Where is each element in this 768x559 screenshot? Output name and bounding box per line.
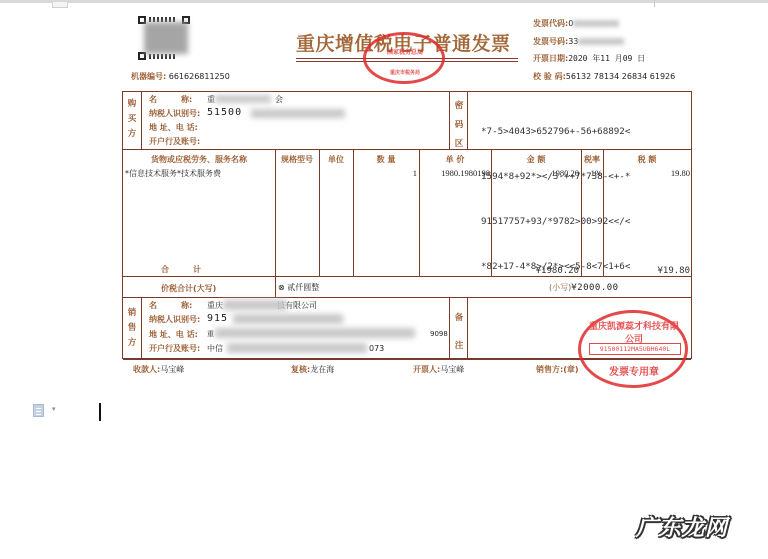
redaction (233, 314, 343, 324)
seller-taxid: 915 (207, 313, 228, 324)
col-tax: 税 额 (603, 154, 691, 165)
payee: 收款人:马宝峰 (133, 364, 184, 375)
total-amount: ¥1980.20 (491, 266, 579, 276)
grand-total-lower: (小写)¥2000.00 (549, 282, 619, 293)
col-amount: 金 额 (491, 154, 581, 165)
buyer-side-label: 购 买 方 (123, 97, 141, 142)
col-price: 单 价 (419, 154, 491, 165)
buyer-address-label: 地 址、电 话: (149, 122, 198, 133)
check-code: 校 验 码:56132 78134 26834 61926 (533, 71, 675, 82)
invoice-code: 发票代码:0 (533, 18, 619, 29)
item-qty: 1 (353, 168, 417, 178)
remarks-side-label: 备 注 (450, 304, 468, 360)
seller-invoice-seal: 重庆凯源蕊才科技有限公司 91500112MA5UBH640L 发票专用章 (578, 310, 688, 388)
redaction (227, 343, 367, 353)
item-name: *信息技术服务*技术服务费 (125, 168, 221, 179)
item-amount: 1980.20 (491, 168, 579, 178)
total-label: 合 计 (161, 264, 201, 275)
qr-code (138, 16, 190, 60)
col-unit: 单位 (319, 154, 353, 165)
top-ruler (0, 0, 768, 3)
seller-address-label: 地 址、电 话: (149, 329, 198, 340)
seller-name-label: 名 称: (149, 300, 192, 311)
item-price: 1980.1980198 (419, 168, 490, 178)
machine-number: 机器编号: 661626811250 (131, 71, 230, 82)
buyer-bank-label: 开户行及账号: (149, 136, 200, 147)
buyer-taxid: 51500 (207, 107, 242, 118)
item-tax: 19.80 (603, 168, 690, 178)
redaction (251, 109, 345, 118)
item-rate: 1% (581, 168, 602, 178)
redaction (215, 95, 271, 103)
cross-circle-icon: ⊗ (278, 283, 285, 292)
invoice-date: 开票日期:2020 年11 月09 日 (533, 53, 645, 64)
grand-total-label: 价税合计(大写) (161, 283, 216, 294)
col-item-name: 货物或应税劳务、服务名称 (123, 154, 275, 165)
cipher-side-label: 密 码 区 (450, 97, 468, 154)
col-qty: 数 量 (353, 154, 419, 165)
ruler-tick (654, 0, 655, 7)
col-spec: 规格型号 (275, 154, 319, 165)
buyer-taxid-label: 纳税人识别号: (149, 108, 200, 119)
total-tax: ¥19.80 (603, 266, 690, 276)
tax-bureau-seal: 国家税务总局 重庆市税务局 (363, 32, 445, 84)
seller-stamp-label: 销售方:(章) (536, 364, 579, 375)
watermark: 广东龙网 (636, 511, 728, 542)
reviewer: 复核:龙在海 (291, 364, 334, 375)
redaction (223, 300, 287, 310)
issuer: 开票人:马宝峰 (413, 364, 464, 375)
col-rate: 税率 (581, 154, 603, 165)
buyer-name-label: 名 称: (149, 94, 192, 105)
seller-taxid-label: 纳税人识别号: (149, 314, 200, 325)
ruler-tab[interactable] (52, 2, 68, 8)
dropdown-caret-icon[interactable]: ▾ (52, 405, 56, 413)
seller-bank-label: 开户行及账号: (149, 343, 200, 354)
text-cursor (99, 403, 101, 421)
redaction (215, 328, 415, 338)
seller-side-label: 销 售 方 (123, 306, 141, 351)
document-icon[interactable] (33, 404, 44, 417)
invoice-number: 发票号码:33 (533, 36, 624, 47)
grand-total-upper: ⊗ 贰仟圆整 (278, 282, 319, 293)
